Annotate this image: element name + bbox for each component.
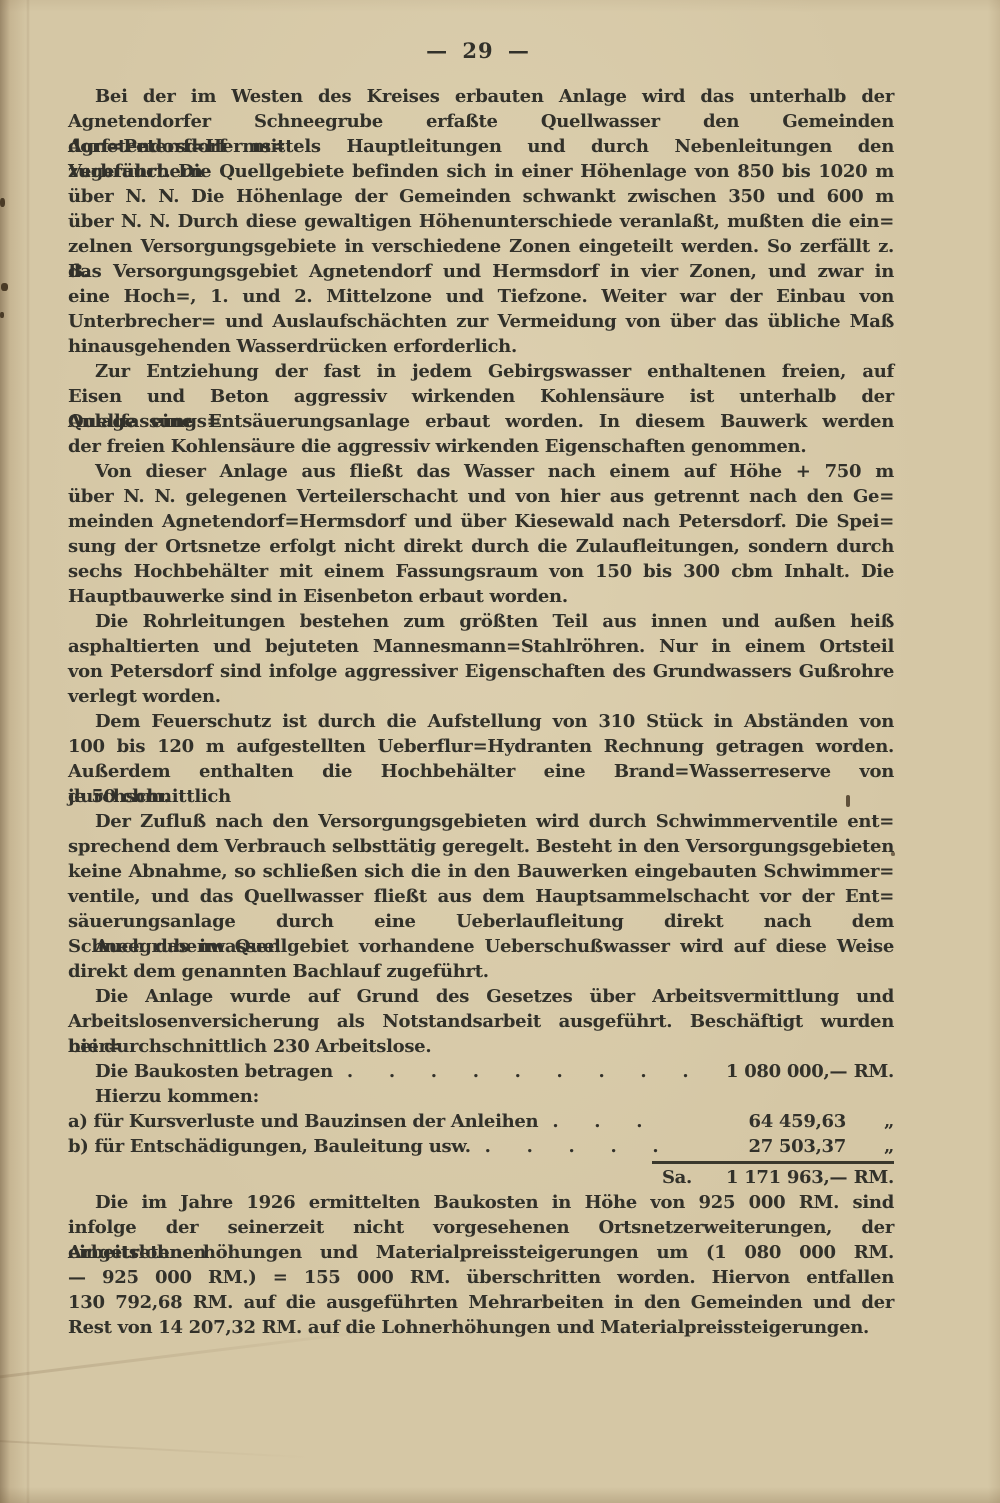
text-line: 100 bis 120 m aufgestellten Ueberflur=Hy…: [68, 734, 894, 759]
text-line: Rest von 14 207,32 RM. auf die Lohnerhöh…: [68, 1315, 894, 1340]
paragraph: Bei der im Westen des Kreises erbauten A…: [68, 84, 894, 359]
page-number: — 29 —: [0, 38, 956, 63]
text-line: Arbeitslosenversicherung als Notstandsar…: [68, 1009, 894, 1034]
text-line: Von dieser Anlage aus fließt das Wasser …: [68, 459, 894, 484]
text-line: über N. N. gelegenen Verteilerschacht un…: [68, 484, 894, 509]
text-line: Bei der im Westen des Kreises erbauten A…: [68, 84, 894, 109]
paragraph: Zur Entziehung der fast in jedem Gebirgs…: [68, 359, 894, 459]
cost-table: Die Baukosten betragen. . . . . . . . .1…: [68, 1059, 894, 1190]
text-line: direkt dem genannten Bachlauf zugeführt.: [68, 959, 894, 984]
paragraph: Die Anlage wurde auf Grund des Gesetzes …: [68, 984, 894, 1059]
dot-leader: . . . . .: [471, 1134, 726, 1159]
ink-speck: [1, 283, 8, 291]
cost-amount: 64 459,63: [726, 1109, 846, 1134]
text-line: Arbeitslohnerhöhungen und Materialpreiss…: [68, 1240, 894, 1265]
text-line: Die Rohrleitungen bestehen zum größten T…: [68, 609, 894, 634]
text-line: sechs Hochbehälter mit einem Fassungsrau…: [68, 559, 894, 584]
paragraph: Von dieser Anlage aus fließt das Wasser …: [68, 459, 894, 609]
text-line: hinausgehenden Wasserdrücken erforderlic…: [68, 334, 894, 359]
scanned-book-page: — 29 — Bei der im Westen des Kreises erb…: [0, 0, 1000, 1503]
text-line: Zur Entziehung der fast in jedem Gebirgs…: [68, 359, 894, 384]
cost-row: Die Baukosten betragen. . . . . . . . .1…: [68, 1059, 894, 1084]
text-line: Die Anlage wurde auf Grund des Gesetzes …: [68, 984, 894, 1009]
cost-label: Hierzu kommen:: [68, 1084, 259, 1109]
text-line: Der Zufluß nach den Versorgungsgebieten …: [68, 809, 894, 834]
text-line: Agnetendorfer Schneegrube erfaßte Quellw…: [68, 109, 894, 134]
text-line: Dem Feuerschutz ist durch die Aufstellun…: [68, 709, 894, 734]
text-line: verlegt worden.: [68, 684, 894, 709]
cost-label: a) für Kursverluste und Bauzinsen der An…: [68, 1109, 538, 1134]
paper-crease-vertical: [26, 0, 30, 1503]
paragraph: Die im Jahre 1926 ermittelten Baukosten …: [68, 1190, 894, 1340]
text-line: Auch das im Quellgebiet vorhandene Ueber…: [68, 934, 894, 959]
text-line: über N. N. Durch diese gewaltigen Höhenu…: [68, 209, 894, 234]
paper-crease-bottom: [0, 1440, 310, 1459]
text-line: zugeführt. Die Quellgebiete befinden sic…: [68, 159, 894, 184]
text-line: der freien Kohlensäure die aggressiv wir…: [68, 434, 894, 459]
text-line: Außerdem enthalten die Hochbehälter eine…: [68, 759, 894, 784]
cost-amount: 1 080 000,—: [726, 1059, 846, 1084]
cost-unit: „: [846, 1109, 894, 1134]
cost-row: b) für Entschädigungen, Bauleitung usw..…: [68, 1134, 894, 1159]
text-line: von Petersdorf sind infolge aggressiver …: [68, 659, 894, 684]
cost-row: Hierzu kommen:: [68, 1084, 894, 1109]
cost-label: Die Baukosten betragen: [68, 1059, 333, 1084]
dot-leader: . . . . . . . . .: [333, 1059, 726, 1084]
text-line: zelnen Versorgungsgebiete in verschieden…: [68, 234, 894, 259]
ink-speck: [0, 198, 5, 207]
text-line: sprechend dem Verbrauch selbsttätig gere…: [68, 834, 894, 859]
sum-unit: RM.: [846, 1165, 894, 1190]
ink-speck: [0, 312, 4, 318]
text-line: das Versorgungsgebiet Agnetendorf und He…: [68, 259, 894, 284]
cost-unit: RM.: [846, 1059, 894, 1084]
text-line: bei durchschnittlich 230 Arbeitslose.: [68, 1034, 894, 1059]
text-line: keine Abnahme, so schließen sich die in …: [68, 859, 894, 884]
text-line: Hauptbauwerke sind in Eisenbeton erbaut …: [68, 584, 894, 609]
text-line: 130 792,68 RM. auf die ausgeführten Mehr…: [68, 1290, 894, 1315]
text-line: über N. N. Die Höhenlage der Gemeinden s…: [68, 184, 894, 209]
sum-rule: [652, 1161, 894, 1164]
text-line: ventile, und das Quellwasser fließt aus …: [68, 884, 894, 909]
cost-label: b) für Entschädigungen, Bauleitung usw.: [68, 1134, 471, 1159]
text-line: infolge der seinerzeit nicht vorgesehene…: [68, 1215, 894, 1240]
cost-amount: 27 503,37: [726, 1134, 846, 1159]
text-line: Die im Jahre 1926 ermittelten Baukosten …: [68, 1190, 894, 1215]
text-line: eine Hoch=, 1. und 2. Mittelzone und Tie…: [68, 284, 894, 309]
paragraph: Der Zufluß nach den Versorgungsgebieten …: [68, 809, 894, 934]
text-line: sung der Ortsnetze erfolgt nicht direkt …: [68, 534, 894, 559]
text-line: säuerungsanlage durch eine Ueberlaufleit…: [68, 909, 894, 934]
text-line: Anlage eine Entsäuerungsanlage erbaut wo…: [68, 409, 894, 434]
sum-row: Sa.1 171 963,—RM.: [68, 1165, 894, 1190]
text-line: dorf=Petersdorf mittels Hauptleitungen u…: [68, 134, 894, 159]
sum-amount: 1 171 963,—: [726, 1165, 846, 1190]
paragraph: Auch das im Quellgebiet vorhandene Ueber…: [68, 934, 894, 984]
text-line: Unterbrecher= und Auslaufschächten zur V…: [68, 309, 894, 334]
paragraph: Die Rohrleitungen bestehen zum größten T…: [68, 609, 894, 709]
text-line: Eisen und Beton aggressiv wirkenden Kohl…: [68, 384, 894, 409]
cost-unit: „: [846, 1134, 894, 1159]
sum-label: Sa.: [662, 1165, 692, 1190]
text-line: meinden Agnetendorf=Hermsdorf und über K…: [68, 509, 894, 534]
text-line: asphaltierten und bejuteten Mannesmann=S…: [68, 634, 894, 659]
text-line: — 925 000 RM.) = 155 000 RM. überschritt…: [68, 1265, 894, 1290]
page-body: Bei der im Westen des Kreises erbauten A…: [68, 84, 894, 1340]
dot-leader: . . .: [538, 1109, 726, 1134]
cost-row: a) für Kursverluste und Bauzinsen der An…: [68, 1109, 894, 1134]
paragraph: Dem Feuerschutz ist durch die Aufstellun…: [68, 709, 894, 809]
